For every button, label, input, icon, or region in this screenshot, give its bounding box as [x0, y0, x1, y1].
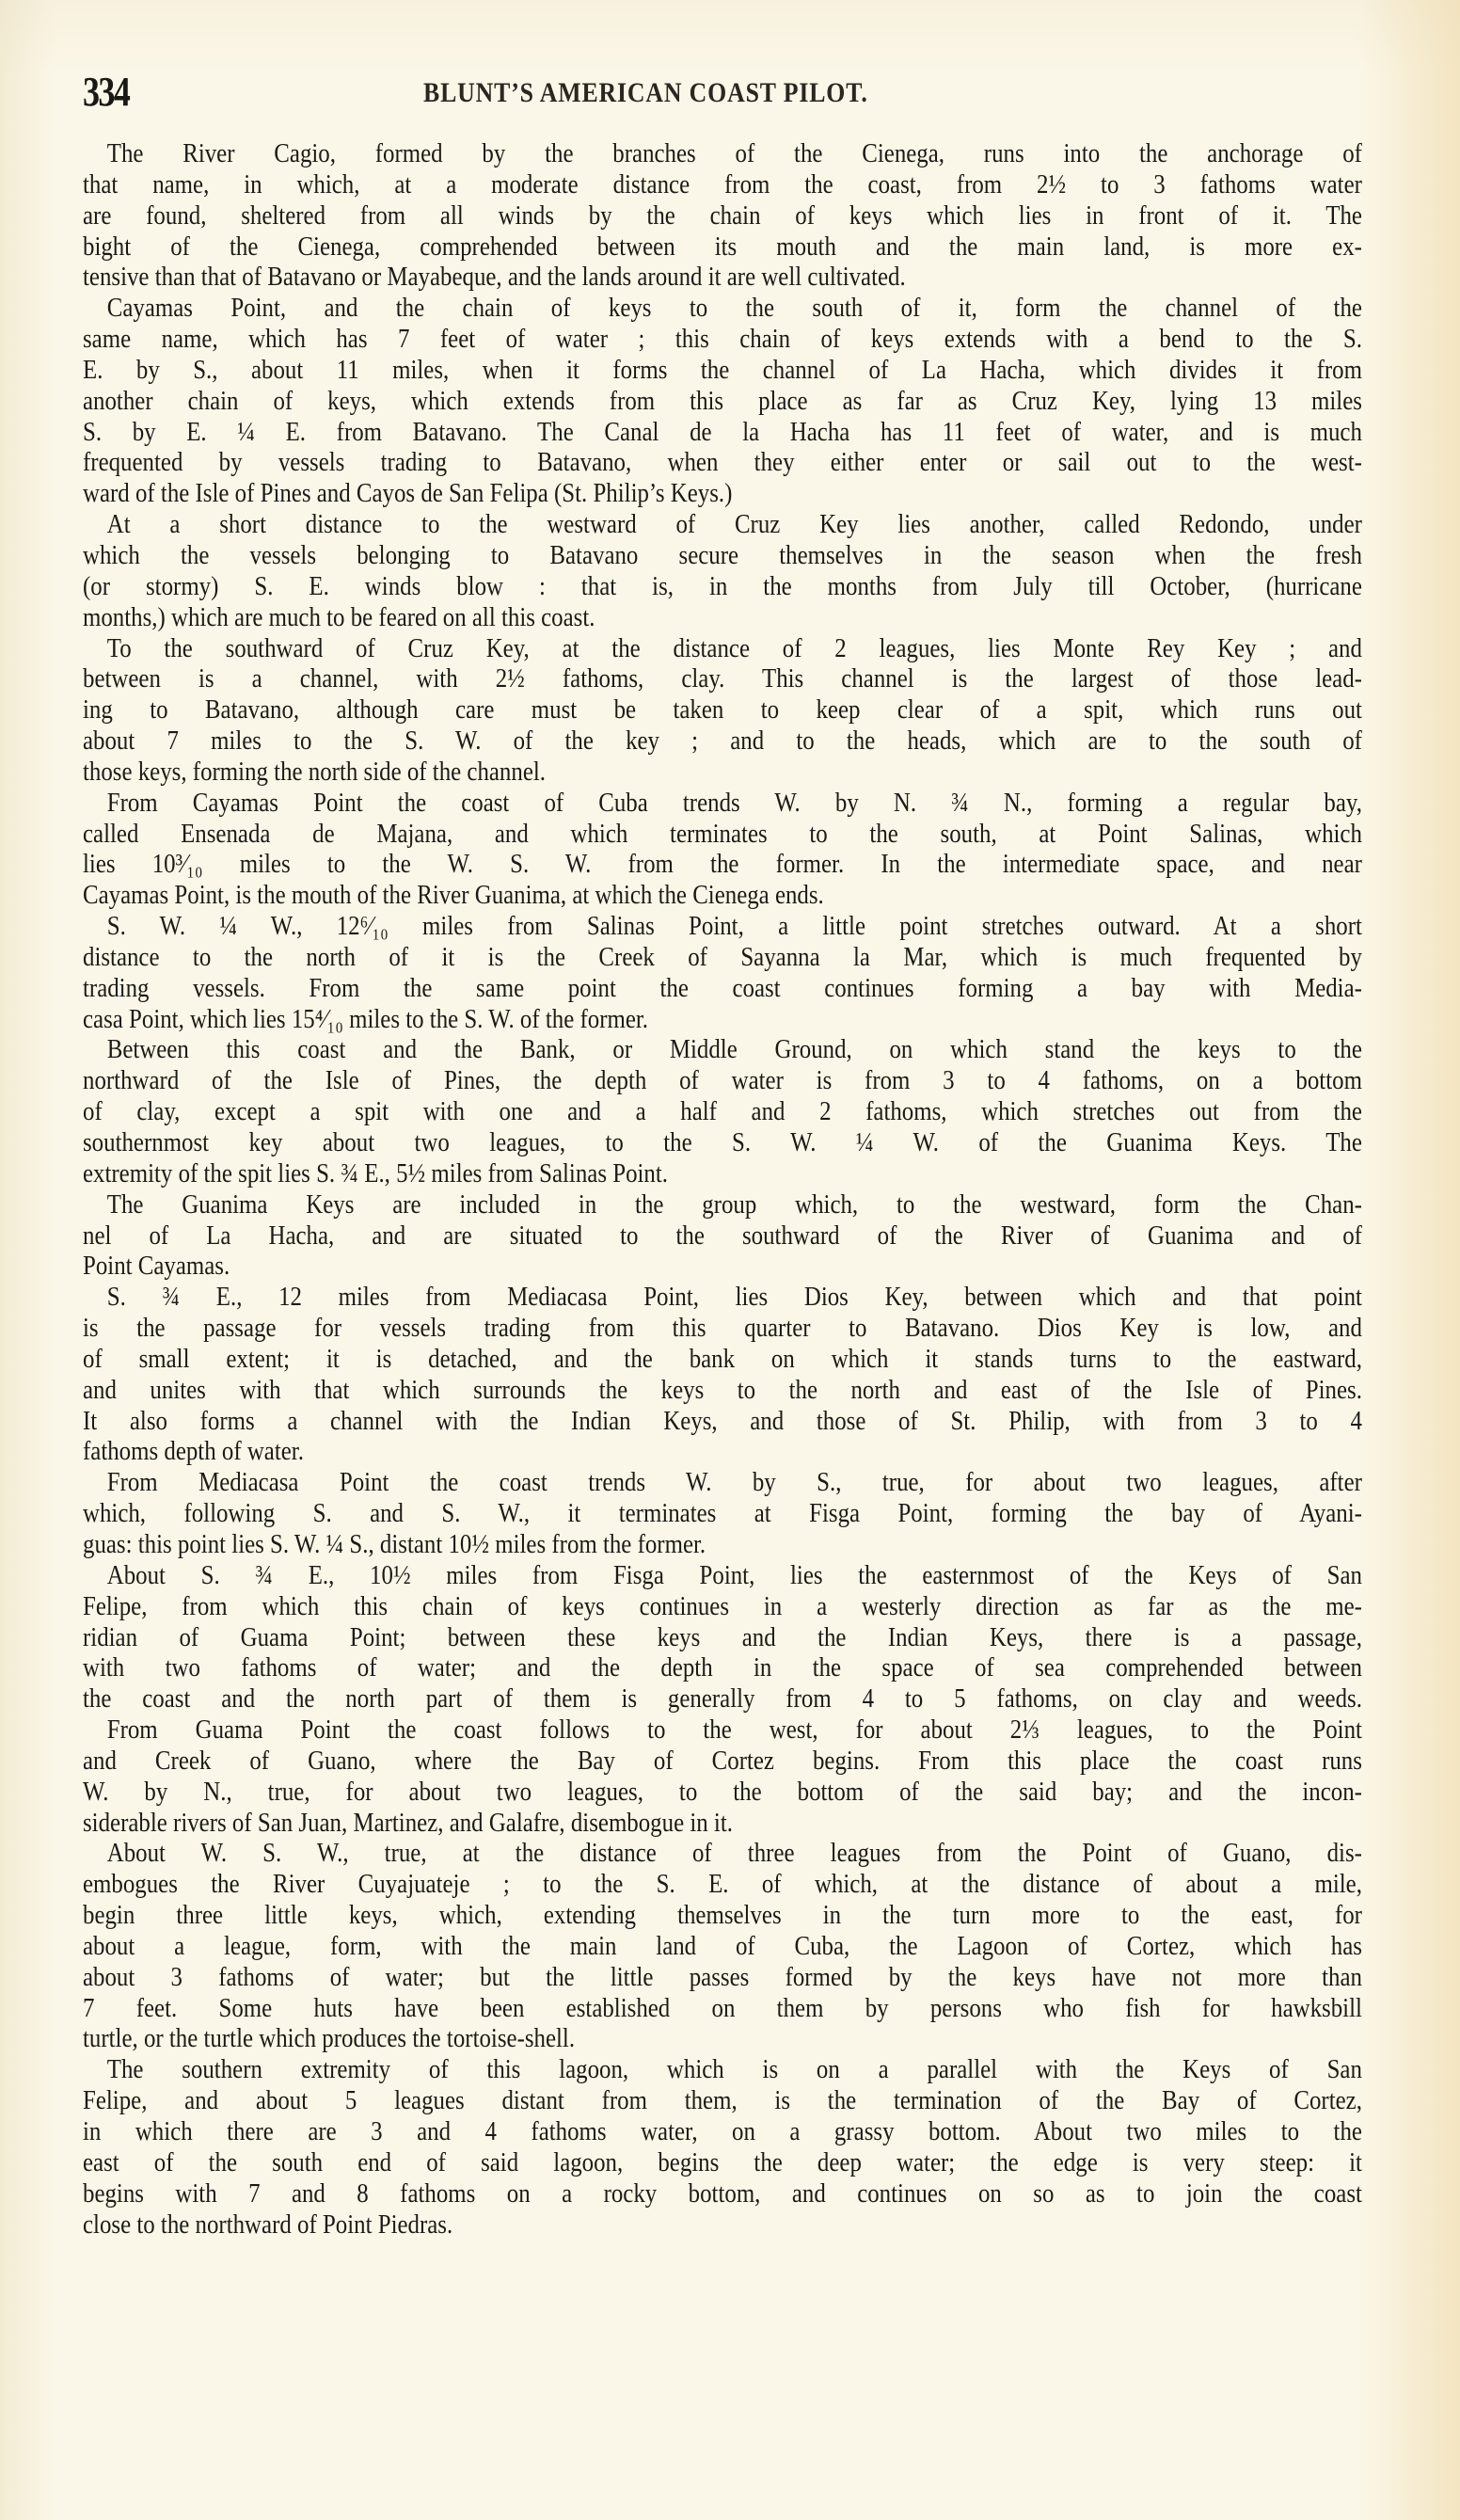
text-line: tensive than that of Batavano or Mayabeq… [83, 262, 1362, 293]
paragraph-first-line: To the southward of Cruz Key, at the dis… [83, 633, 1362, 664]
text-line: turtle, or the turtle which produces the… [83, 2023, 1362, 2054]
text-line: ing to Batavano, although care must be t… [83, 694, 1362, 726]
text-line: begins with 7 and 8 fathoms on a rocky b… [83, 2178, 1362, 2209]
paragraph-first-line: From Cayamas Point the coast of Cuba tre… [83, 788, 1362, 819]
text-line: with two fathoms of water; and the depth… [83, 1652, 1362, 1683]
text-line: of clay, except a spit with one and a ha… [83, 1096, 1362, 1127]
text-line: W. by N., true, for about two leagues, t… [83, 1777, 1362, 1808]
text-line: in which there are 3 and 4 fathoms water… [83, 2116, 1362, 2147]
text-line: about a league, form, with the main land… [83, 1931, 1362, 1962]
text-line: and unites with that which surrounds the… [83, 1375, 1362, 1406]
text-line: ward of the Isle of Pines and Cayos de S… [83, 478, 1362, 509]
body-text: The River Cagio, formed by the branches … [83, 138, 1362, 2240]
text-line: which the vessels belonging to Batavano … [83, 540, 1362, 571]
paragraph-first-line: S. W. ¼ W., 12⁶⁄₁₀ miles from Salinas Po… [83, 911, 1362, 942]
text-line: that name, in which, at a moderate dista… [83, 169, 1362, 200]
text-line: (or stormy) S. E. winds blow : that is, … [83, 571, 1362, 602]
text-line: It also forms a channel with the Indian … [83, 1406, 1362, 1437]
text-line: about 3 fathoms of water; but the little… [83, 1962, 1362, 1993]
text-line: east of the south end of said lagoon, be… [83, 2147, 1362, 2178]
text-line: between is a channel, with 2½ fathoms, c… [83, 663, 1362, 694]
running-title: BLUNT’S AMERICAN COAST PILOT. [423, 77, 868, 109]
text-line: 7 feet. Some huts have been established … [83, 1993, 1362, 2024]
text-line: trading vessels. From the same point the… [83, 973, 1362, 1004]
text-line: the coast and the north part of them is … [83, 1683, 1362, 1715]
text-line: siderable rivers of San Juan, Martinez, … [83, 1808, 1362, 1839]
page-header: 334 BLUNT’S AMERICAN COAST PILOT. [83, 68, 1362, 115]
paragraph-first-line: At a short distance to the westward of C… [83, 509, 1362, 540]
text-line: Felipe, and about 5 leagues distant from… [83, 2085, 1362, 2116]
text-line: is the passage for vessels trading from … [83, 1313, 1362, 1344]
text-line: Felipe, from which this chain of keys co… [83, 1591, 1362, 1622]
text-line: months,) which are much to be feared on … [83, 602, 1362, 633]
paragraph-first-line: About W. S. W., true, at the distance of… [83, 1838, 1362, 1869]
text-line: fathoms depth of water. [83, 1436, 1362, 1467]
text-line: casa Point, which lies 15⁴⁄₁₀ miles to t… [83, 1004, 1362, 1035]
text-line: Point Cayamas. [83, 1251, 1362, 1282]
paragraph-first-line: About S. ¾ E., 10½ miles from Fisga Poin… [83, 1560, 1362, 1591]
paragraph-first-line: From Mediacasa Point the coast trends W.… [83, 1467, 1362, 1498]
text-line: S. by E. ¼ E. from Batavano. The Canal d… [83, 417, 1362, 448]
text-line: nel of La Hacha, and are situated to the… [83, 1220, 1362, 1252]
text-line: about 7 miles to the S. W. of the key ; … [83, 726, 1362, 757]
paragraph-first-line: The southern extremity of this lagoon, w… [83, 2054, 1362, 2085]
text-line: are found, sheltered from all winds by t… [83, 200, 1362, 231]
text-line: and Creek of Guano, where the Bay of Cor… [83, 1746, 1362, 1777]
text-line: of small extent; it is detached, and the… [83, 1344, 1362, 1375]
paragraph-first-line: From Guama Point the coast follows to th… [83, 1715, 1362, 1746]
text-line: which, following S. and S. W., it termin… [83, 1498, 1362, 1529]
text-line: embogues the River Cuyajuateje ; to the … [83, 1869, 1362, 1900]
text-line: Cayamas Point, is the mouth of the River… [83, 880, 1362, 911]
text-line: extremity of the spit lies S. ¾ E., 5½ m… [83, 1158, 1362, 1189]
text-line: E. by S., about 11 miles, when it forms … [83, 355, 1362, 386]
paragraph-first-line: Between this coast and the Bank, or Midd… [83, 1034, 1362, 1065]
page-number: 334 [83, 68, 129, 116]
text-line: frequented by vessels trading to Batavan… [83, 447, 1362, 478]
text-line: those keys, forming the north side of th… [83, 757, 1362, 788]
text-line: guas: this point lies S. W. ¼ S., distan… [83, 1529, 1362, 1560]
paragraph-first-line: Cayamas Point, and the chain of keys to … [83, 293, 1362, 324]
text-line: ridian of Guama Point; between these key… [83, 1622, 1362, 1653]
text-line: begin three little keys, which, extendin… [83, 1900, 1362, 1931]
text-line: close to the northward of Point Piedras. [83, 2209, 1362, 2241]
text-line: southernmost key about two leagues, to t… [83, 1127, 1362, 1158]
text-line: same name, which has 7 feet of water ; t… [83, 324, 1362, 355]
text-line: distance to the north of it is the Creek… [83, 942, 1362, 973]
text-line: another chain of keys, which extends fro… [83, 386, 1362, 417]
paragraph-first-line: The River Cagio, formed by the branches … [83, 138, 1362, 169]
text-line: bight of the Cienega, comprehended betwe… [83, 231, 1362, 263]
text-line: called Ensenada de Majana, and which ter… [83, 819, 1362, 850]
text-line: lies 10³⁄₁₀ miles to the W. S. W. from t… [83, 849, 1362, 880]
text-line: northward of the Isle of Pines, the dept… [83, 1065, 1362, 1096]
paragraph-first-line: S. ¾ E., 12 miles from Mediacasa Point, … [83, 1282, 1362, 1313]
paragraph-first-line: The Guanima Keys are included in the gro… [83, 1189, 1362, 1220]
